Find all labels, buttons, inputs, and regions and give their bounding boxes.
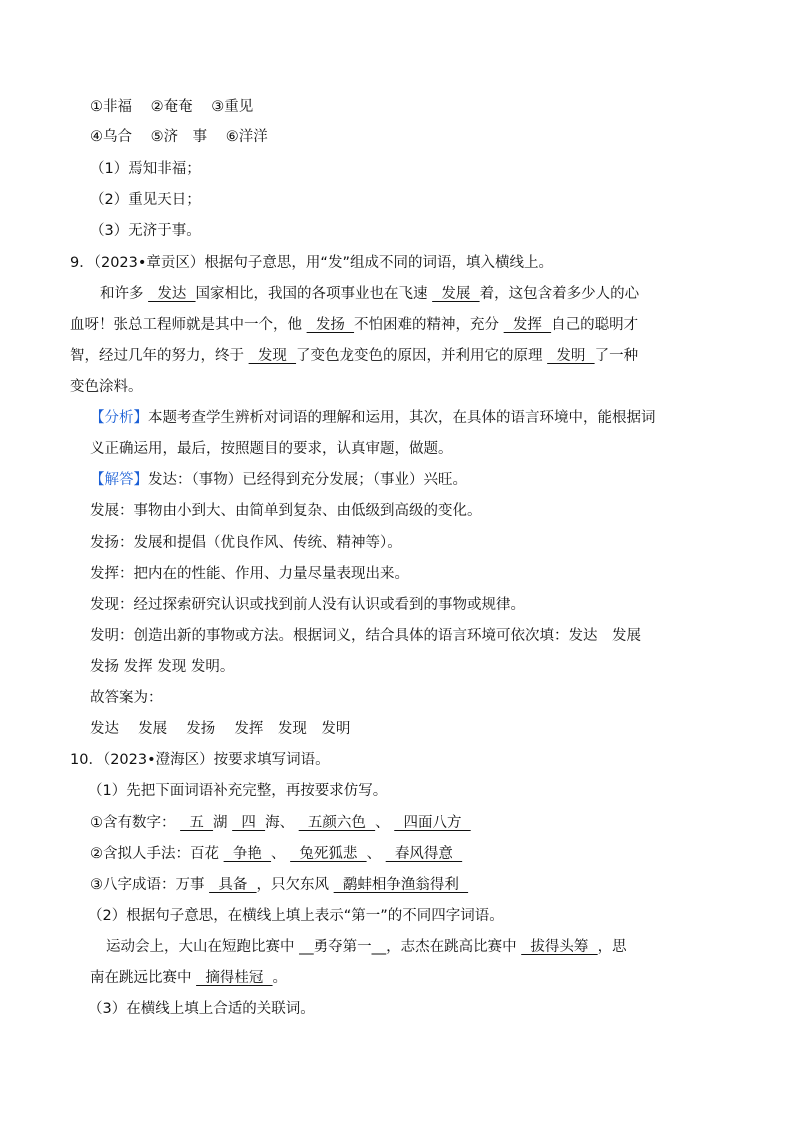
text: 和许多 [100,286,144,302]
blank-fill: 具备 [209,877,256,893]
text: 、 [271,846,286,862]
q9-stem: 9．（2023•章贡区）根据句子意思，用“发”组成不同的词语，填入横线上。 [70,253,553,273]
text: 湖 [213,815,228,831]
q8-answer-3: （3）无济于事。 [90,221,201,241]
blank-fill: 鹬蚌相争渔翁得利 [334,877,468,893]
option-1: ①非福 [90,99,132,115]
text: ②含拟人手法：百花 [90,846,219,862]
q10-p2-line2: 南在跳远比赛中 摘得桂冠 。 [90,968,287,988]
q9-def-5: 发现：经过探索研究认识或找到前人没有认识或看到的事物或规律。 [90,595,525,615]
blank-fill: 拔得头筹 [521,939,597,955]
blank-fill: 争艳 [224,846,271,862]
q9-para-line1: 和许多 发达 国家相比，我国的各项事业也在飞速 发展 着，这包含着多少人的心 [100,284,639,304]
text: 、 [367,846,382,862]
option-6: ⑥洋洋 [226,129,268,145]
q10-stem: 10．（2023•澄海区）按要求填写词语。 [70,750,330,770]
q10-row1: ①含有数字： 五 湖 四 海、 五颜六色 、 四面八方 [90,813,471,833]
blank-fill: 四 [232,815,265,831]
text: 血呀！张总工程师就是其中一个，他 [70,317,302,333]
q9-def-7: 发扬 发挥 发现 发明。 [90,657,234,677]
text: 运动会上，大山在短跑比赛中 [106,939,295,955]
blank-fill: 四面八方 [394,815,470,831]
text: 、 [375,815,390,831]
blank-fill: 五 [180,815,213,831]
blank-fill: 兔死狐悲 [290,846,366,862]
text: ③八字成语：万事 [90,877,205,893]
text: 了一种 [595,348,639,364]
q9-final-answer: 发达 发展 发扬 发挥 发现 发明 [90,719,350,739]
text: 。 [273,970,288,986]
q8-options-row2: ④乌合 ⑤济 事 ⑥洋洋 [90,127,268,147]
text: ，只欠东风 [257,877,330,893]
q9-answer-line1: 【解答】发达：（事物）已经得到充分发展；（事业）兴旺。 [90,470,467,490]
q10-row2: ②含拟人手法：百花 争艳 、 兔死狐悲 、 春风得意 [90,844,462,864]
blank-fill: 发明 [547,348,594,364]
q10-sub1: （1）先把下面词语补充完整，再按要求仿写。 [88,781,387,801]
q9-def-3: 发扬：发展和提倡（优良作风、传统、精神等）。 [90,533,402,553]
blank-fill: 发扬 [307,317,354,333]
answer-tag: 【解答】 [90,472,148,488]
blank-fill: 发展 [432,286,479,302]
q9-def-2: 发展：事物由小到大、由简单到复杂、由低级到高级的变化。 [90,501,482,521]
blank-fill: 摘得桂冠 [196,970,272,986]
blank-fill: 发挥 [504,317,551,333]
q9-para-line2: 血呀！张总工程师就是其中一个，他 发扬 不怕困难的精神，充分 发挥 自己的聪明才 [70,315,638,335]
q9-para-line4: 变色涂料。 [70,377,143,397]
q9-para-line3: 智，经过几年的努力，终于 发现 了变色龙变色的原因，并利用它的原理 发明 了一种 [70,346,638,366]
q9-def-4: 发挥：把内在的性能、作用、力量尽量表现出来。 [90,564,409,584]
text: 着，这包含着多少人的心 [480,286,640,302]
text: 本题考查学生辨析对词语的理解和运用，其次，在具体的语言环境中，能根据词 [148,410,656,426]
q10-sub2: （2）根据句子意思，在横线上填上表示“第一”的不同四字词语。 [88,906,504,926]
blank-fill: __勇夺第一__ [299,939,386,955]
q9-analysis-line1: 【分析】本题考查学生辨析对词语的理解和运用，其次，在具体的语言环境中，能根据词 [90,408,656,428]
text: 智，经过几年的努力，终于 [70,348,244,364]
blank-fill: 发达 [148,286,195,302]
q9-def-6: 发明：创造出新的事物或方法。根据词义，结合具体的语言环境可依次填：发达 发展 [90,626,641,646]
q10-p2-line1: 运动会上，大山在短跑比赛中 __勇夺第一__，志杰在跳高比赛中 拔得头筹 ，思 [106,937,627,957]
q8-answer-2: （2）重见天日； [90,190,201,210]
q8-options-row1: ①非福 ②奄奄 ③重见 [90,97,253,117]
text: 不怕困难的精神，充分 [354,317,499,333]
text: ①含有数字： [90,815,176,831]
text: ，思 [598,939,627,955]
q8-answer-1: （1）焉知非福； [90,159,201,179]
analysis-tag: 【分析】 [90,410,148,426]
text: ，志杰在跳高比赛中 [386,939,517,955]
q9-conclusion: 故答案为： [90,688,163,708]
text: 发达：（事物）已经得到充分发展；（事业）兴旺。 [148,472,467,488]
q9-analysis-line2: 义正确运用，最后，按照题目的要求，认真审题，做题。 [90,439,453,459]
option-5: ⑤济 事 [151,129,208,145]
option-4: ④乌合 [90,129,132,145]
blank-fill: 春风得意 [386,846,462,862]
text: 海、 [265,815,294,831]
option-2: ②奄奄 [151,99,193,115]
text: 了变色龙变色的原因，并利用它的原理 [296,348,543,364]
text: 国家相比，我国的各项事业也在飞速 [196,286,428,302]
text: 自己的聪明才 [551,317,638,333]
blank-fill: 发现 [249,348,296,364]
q10-row3: ③八字成语：万事 具备 ，只欠东风 鹬蚌相争渔翁得利 [90,875,468,895]
text: 南在跳远比赛中 [90,970,192,986]
q10-sub3: （3）在横线上填上合适的关联词。 [88,999,315,1019]
option-3: ③重见 [211,99,253,115]
blank-fill: 五颜六色 [299,815,375,831]
